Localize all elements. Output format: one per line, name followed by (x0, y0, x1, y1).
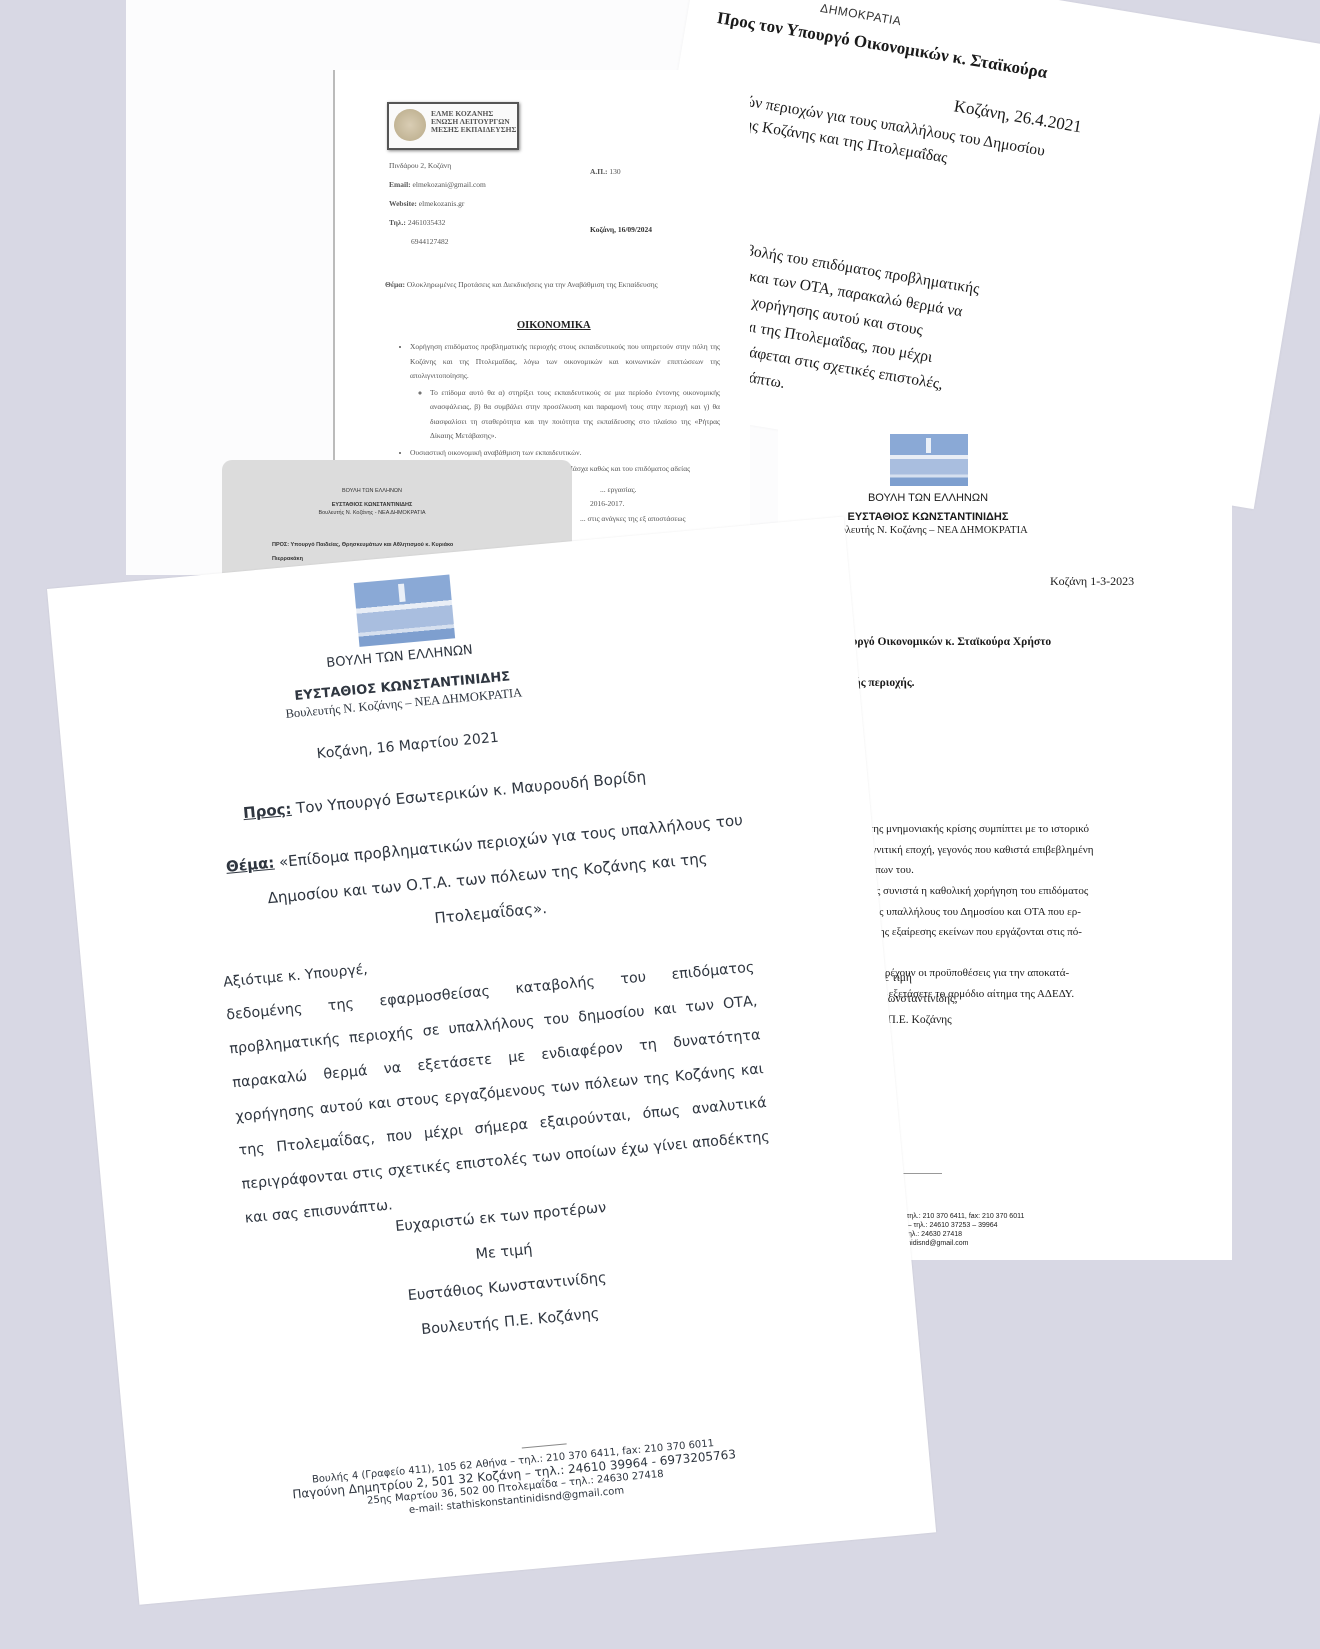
mp-party: Βουλευτής Ν. Κοζάνης - ΝΕΑ ΔΗΜΟΚΡΑΤΙΑ (222, 510, 522, 516)
contact-info: Πινδάρου 2, Κοζάνη Email: elmekozani@gma… (389, 156, 486, 251)
protocol-number: Α.Π.: 130 (590, 167, 621, 176)
footer-contact: Βουλής 4 (Γραφείο 411), 105 62 Αθήνα – τ… (209, 1428, 821, 1535)
subject: Θέμα: «Επίδομα προβληματικών περιοχών γι… (211, 802, 763, 956)
elme-logo: ΕΛΜΕ ΚΟΖΑΝΗΣΕΝΩΣΗ ΛΕΙΤΟΥΡΓΩΝΜΕΣΗΣ ΕΚΠΑΙΔ… (387, 102, 519, 150)
house-name: ΒΟΥΛΗ ΤΩΝ ΕΛΛΗΝΩΝ (222, 488, 522, 494)
footer-divider (902, 1173, 942, 1174)
letter-to-interior-minister-2021: ΒΟΥΛΗ ΤΩΝ ΕΛΛΗΝΩΝ ΕΥΣΤΑΘΙΟΣ ΚΩΝΣΤΑΝΤΙΝΙΔ… (47, 516, 936, 1604)
footer-divider (522, 1443, 567, 1448)
house-name: ΒΟΥΛΗ ΤΩΝ ΕΛΛΗΝΩΝ (778, 492, 1078, 504)
letter-date: Κοζάνη 1-3-2023 (1050, 574, 1134, 589)
subject: Θέμα: Ολοκληρωμένες Προτάσεις και Διεκδι… (385, 280, 725, 289)
letter-date: Κοζάνη, 16/09/2024 (590, 225, 652, 234)
mp-name: ΕΥΣΤΑΘΙΟΣ ΚΩΝΣΤΑΝΤΙΝΙΔΗΣ (222, 502, 522, 508)
hellenic-parliament-logo-icon (354, 574, 455, 646)
salutation: Αξιότιμε κ. Υπουργέ, (223, 962, 369, 991)
hellenic-parliament-logo-icon (890, 434, 968, 486)
party-header-fragment: ΔΗΜΟΚΡΑΤΙΑ (819, 1, 902, 28)
recipient: Προς: Τον Υπουργό Εσωτερικών κ. Μαυρουδή… (242, 768, 646, 823)
section-heading: ΟΙΚΟΝΟΜΙΚΑ (517, 320, 591, 331)
coin-emblem-icon (394, 109, 426, 141)
